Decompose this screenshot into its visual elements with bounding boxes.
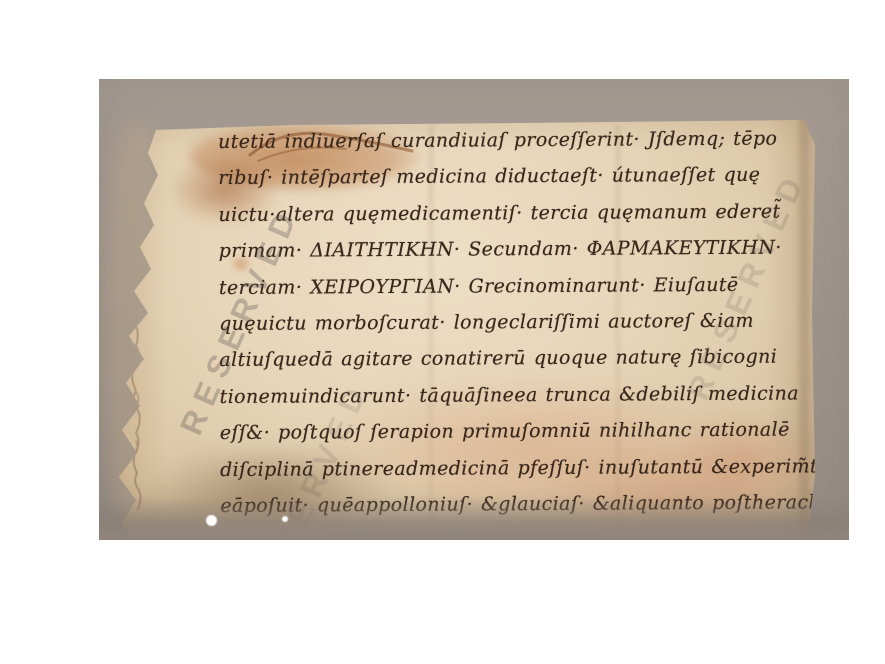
page: utetiā indiuerſaſ curandiuiaſ proceſſeri… [0, 0, 885, 664]
text-line-4: primam· ΔΙΑΙΤΗΤΙΚΗΝ· Secundam· ΦΑΡΜΑΚΕΥΤ… [219, 237, 819, 277]
text-line-3: uictu·altera quęmedicamentiſ· tercia quę… [218, 200, 818, 240]
text-line-8: tionemuindicarunt· tāquāſineea trunca &d… [220, 382, 820, 422]
white-dot-large [206, 515, 217, 526]
text-line-1: utetiā indiuerſaſ curandiuiaſ proceſſeri… [218, 127, 818, 167]
text-line-2: ribuſ· intēſparteſ medicina diductaeſt· … [218, 164, 818, 204]
white-dot-small [282, 516, 288, 522]
manuscript-photo: utetiā indiuerſaſ curandiuiaſ proceſſeri… [99, 79, 849, 540]
